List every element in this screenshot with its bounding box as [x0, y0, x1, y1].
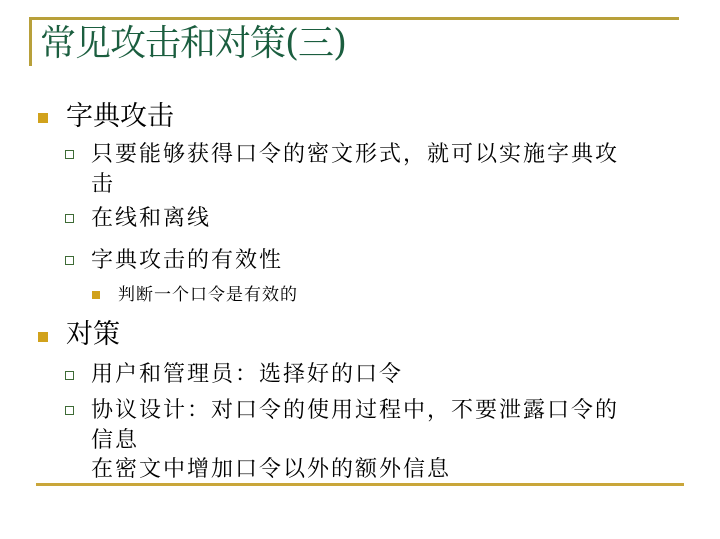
sub-list-item-text: 判断一个口令是有效的 — [118, 284, 298, 306]
bullet-hollow-square-icon — [65, 371, 74, 380]
slide-title: 常见攻击和对策(三) — [40, 20, 346, 68]
list-item-text: 在线和离线 — [91, 205, 211, 233]
list-item-text: 字典攻击的有效性 — [91, 247, 283, 275]
bullet-square-icon — [38, 113, 48, 123]
list-item-text-continued: 在密文中增加口令以外的额外信息 — [91, 456, 451, 484]
footer-accent-line — [36, 483, 684, 486]
section-heading-countermeasures: 对策 — [66, 318, 120, 352]
list-item-text: 协议设计：对口令的使用过程中，不要泄露口令的 — [91, 397, 619, 425]
list-item-text: 用户和管理员：选择好的口令 — [91, 361, 403, 389]
list-item-text-continued: 信息 — [91, 427, 139, 455]
list-item-text-continued: 击 — [91, 171, 115, 199]
bullet-square-icon — [38, 332, 48, 342]
list-item-text: 只要能够获得口令的密文形式，就可以实施字典攻 — [91, 141, 619, 169]
bullet-hollow-square-icon — [65, 150, 74, 159]
bullet-hollow-square-icon — [65, 406, 74, 415]
bullet-hollow-square-icon — [65, 214, 74, 223]
bullet-square-icon — [92, 291, 100, 299]
title-accent-line-left — [29, 17, 32, 66]
section-heading-dictionary-attack: 字典攻击 — [66, 100, 174, 134]
bullet-hollow-square-icon — [65, 256, 74, 265]
